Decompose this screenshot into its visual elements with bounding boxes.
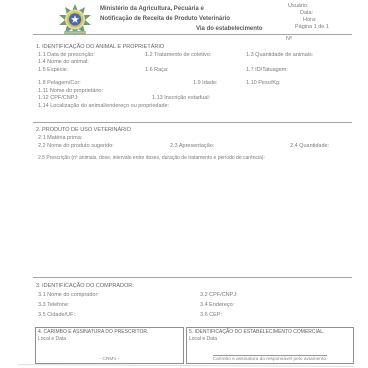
field-3-3-label: 3.3 Telefone:: [38, 302, 69, 308]
field-1-11-label: 1.11 Nome do proprietário:: [38, 88, 103, 94]
ministry-title-line1: Ministério da Agricultura, Pecuária e: [100, 6, 204, 13]
field-1-2-label: 1.2 Tratamento de coletivo:: [145, 52, 211, 58]
field-1-14-label: 1.14 Localização do animal/endereço ou p…: [38, 103, 169, 109]
document-number-label: Nº: [286, 36, 292, 42]
commercial-establishment-box: 5. IDENTIFICAÇÃO DO ESTABELECIMENTO COME…: [186, 327, 354, 364]
field-2-2-label: 2.2 Nome do produto sugerido:: [38, 143, 114, 149]
field-1-8-label: 1.8 Pelagem/Cor:: [38, 80, 81, 86]
header-separator-line: [33, 34, 352, 35]
field-3-6-label: 3.6 CEP:: [200, 312, 222, 318]
field-2-4-label: 2.4 Quantidade:: [290, 143, 329, 149]
field-1-3-label: 1.3 Quantidade de animais:: [246, 52, 313, 58]
via-label: Via do estabelecimento: [196, 26, 263, 33]
field-1-1-label: 1.1 Data de prescrição:: [38, 52, 95, 58]
field-2-3-label: 2.3 Apresentação:: [170, 143, 214, 149]
section-1-title: 1. IDENTIFICAÇÃO DO ANIMAL E PROPRIETÁRI…: [36, 44, 164, 50]
section-3-title: 3. IDENTIFICAÇÃO DO COMPRADOR:: [36, 283, 134, 289]
date-label: Data:: [300, 10, 313, 16]
user-label: Usuário:: [288, 3, 308, 9]
field-1-12-label: 1.12 CPF/CNPJ:: [38, 95, 79, 101]
box-5-local-date-label: Local e Data: [189, 336, 217, 342]
field-2-5-label: 2.5 Prescrição (nº animais, dose, interv…: [38, 156, 265, 162]
box-4-title: 4. CARIMBO E ASSINATURA DO PRESCRITOR.: [38, 329, 148, 335]
field-1-6-label: 1.6 Raça:: [145, 67, 169, 73]
field-1-10-label: 1.10 Peso/Kg:: [246, 80, 281, 86]
page-number-label: Página 1 de 1: [295, 24, 329, 30]
field-3-1-label: 3.1 Nome do comprador:: [38, 292, 99, 298]
box-5-signature-line-label: Carimbo e assinatura do responsável pelo…: [213, 355, 328, 362]
section-2-title: 2. PRODUTO DE USO VETERINÁRIO: [36, 127, 131, 133]
section-3-separator-line: [33, 277, 352, 278]
field-1-13-label: 1.13 Inscrição estadual:: [152, 95, 210, 101]
field-3-2-label: 3.2 CPF/CNPJ:: [200, 292, 238, 298]
field-2-1-label: 2.1 Matéria prima:: [38, 135, 82, 141]
field-1-9-label: 1.9 Idade:: [193, 80, 217, 86]
box-4-crmv-label: - CRMV -: [36, 357, 183, 362]
box-4-local-date-label: Local e Data: [38, 336, 66, 342]
ministry-title-line2: Notificação de Receita de Produto Veteri…: [100, 16, 230, 23]
field-3-5-label: 3.5 Cidade/UF:: [38, 312, 75, 318]
time-label: Hora:: [303, 17, 316, 23]
field-1-7-label: 1.7 ID/Tatuagem:: [246, 67, 288, 73]
section-2-separator-line: [33, 122, 352, 123]
box-5-title: 5. IDENTIFICAÇÃO DO ESTABELECIMENTO COME…: [189, 329, 324, 335]
scan-edge-artifact: [18, 364, 354, 367]
brazil-coat-of-arms-icon: [57, 3, 93, 44]
field-1-5-label: 1.5 Espécie:: [38, 67, 68, 73]
veterinary-prescription-form-page: Ministério da Agricultura, Pecuária e No…: [0, 0, 368, 368]
field-3-4-label: 3.4 Endereço:: [200, 302, 234, 308]
field-1-4-label: 1.4 Nome do animal:: [38, 59, 89, 65]
prescriber-signature-box: 4. CARIMBO E ASSINATURA DO PRESCRITOR. L…: [35, 327, 184, 364]
